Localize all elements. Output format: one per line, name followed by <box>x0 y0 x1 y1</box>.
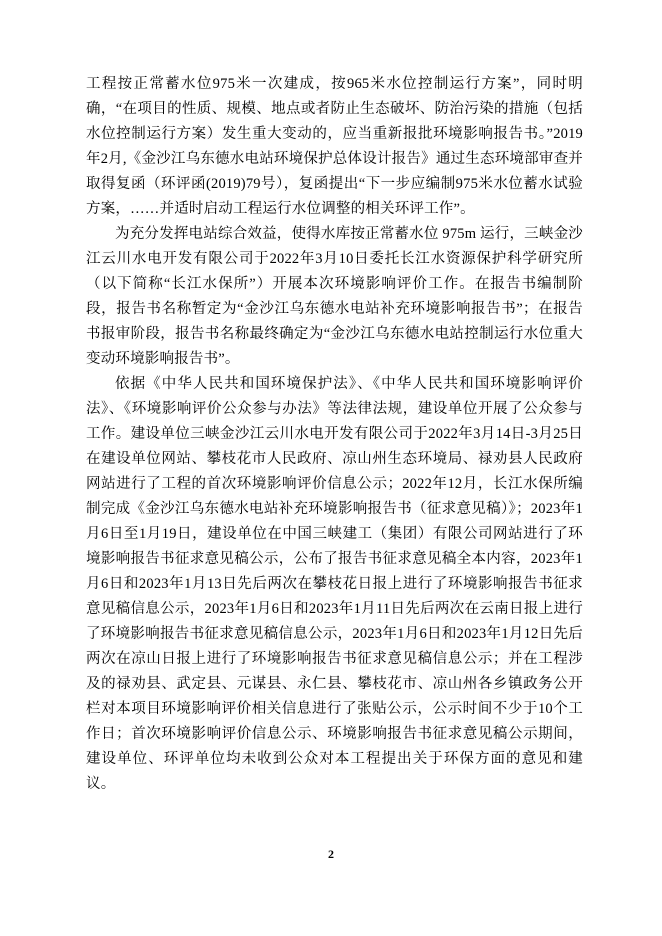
paragraph-continuation: 工程按正常蓄水位975米一次建成，按965米水位控制运行方案”，同时明确，“在项… <box>86 72 583 222</box>
paragraph-entrustment: 为充分发挥电站综合效益，使得水库按正常蓄水位 975m 运行，三峡金沙江云川水电… <box>86 222 583 372</box>
document-page: 工程按正常蓄水位975米一次建成，按965米水位控制运行方案”，同时明确，“在项… <box>0 0 662 936</box>
page-number: 2 <box>0 847 662 862</box>
paragraph-public-participation: 依据《中华人民共和国环境保护法》、《中华人民共和国环境影响评价法》、《环境影响评… <box>86 372 583 797</box>
text-block: 工程按正常蓄水位975米一次建成，按965米水位控制运行方案”，同时明确，“在项… <box>86 72 583 797</box>
